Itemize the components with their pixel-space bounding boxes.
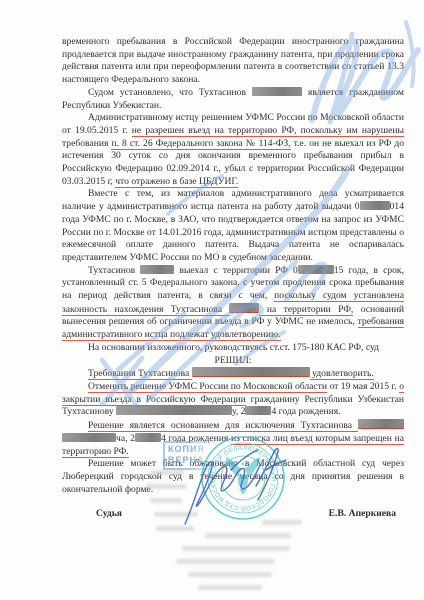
bleed-line (176, 559, 274, 564)
signature-row: Судья Е.В. Аперкиева (62, 508, 404, 521)
red-underlined-text: что отражено в базе ЦБДУИГ. (115, 176, 238, 188)
paragraph-ufms-decision: Административному истцу решением УФМС Ро… (62, 112, 404, 188)
scanned-court-decision-page: временного пребывания в Российской Федер… (0, 0, 424, 600)
bleed-line (188, 572, 272, 577)
text-run: у, 2 (232, 406, 245, 417)
text-run: РЕШИЛ: (215, 355, 252, 366)
text-run: Решение может быть обжаловано в Московск… (62, 458, 404, 494)
text-run: временного пребывания в Российской Федер… (62, 36, 404, 85)
judge-title: Судья (62, 508, 122, 521)
bleed-line (146, 484, 186, 489)
paragraph-cancel: Отменить решение УФМС России по Московск… (62, 381, 404, 419)
red-underlined-text: Отменить решение УФМС России по Московск… (88, 381, 327, 393)
text-run: выехал с территории РФ 0 (174, 265, 298, 276)
text-run: ча, 2 (116, 433, 135, 444)
bleed-line (150, 470, 184, 475)
redaction-box (358, 419, 404, 429)
redaction-box (62, 433, 116, 442)
bleed-line (154, 512, 198, 517)
red-underlined-text: не разрешен въезд на территорию РФ, поск… (132, 125, 404, 137)
redaction-box (229, 303, 259, 313)
paragraph-patent: Вместе с тем, из материалов администрати… (62, 188, 404, 264)
red-underlined-text: на территории РФ, (259, 304, 353, 316)
text-run: от 19 мая 2015 г. (327, 381, 399, 392)
bleed-line (182, 546, 290, 551)
redaction-box (360, 201, 390, 210)
text-run: Судом установлено, что Тухтасинов (88, 87, 252, 98)
text-run: требования (62, 138, 111, 149)
bleed-line (262, 520, 302, 525)
redaction-box (116, 406, 232, 415)
red-underlined-text: Требования Тухтасинова (88, 368, 192, 380)
paragraph-citizenship: Судом установлено, что Тухтасинов являет… (62, 87, 404, 112)
text-run: Вместе с тем, из материалов администрати… (62, 188, 404, 212)
text-run: Тухтасинов (88, 265, 140, 276)
red-underlined-text: Решение является основанием для исключен… (88, 420, 358, 432)
redaction-box (140, 265, 174, 274)
paragraph-exclusion: Решение является основанием для исключен… (62, 419, 404, 458)
redaction-box (192, 367, 310, 377)
bleed-line (198, 585, 262, 590)
red-underlined-text: удовлетворить. (310, 368, 374, 380)
redaction-box (245, 406, 271, 415)
judge-name: Е.В. Аперкиева (329, 508, 404, 521)
paragraph-basis: На основании изложенного, руководствуясь… (62, 342, 404, 355)
copy-stamp-line2: ВЕРНА (168, 455, 220, 466)
redaction-box (252, 87, 302, 96)
bleed-line (150, 498, 182, 503)
redaction-box (135, 433, 161, 442)
redaction-box (298, 265, 334, 274)
copy-true-stamp: КОПИЯ ВЕРНА (163, 441, 222, 470)
paragraph-satisfy: Требования Тухтасинова удовлетворить. (62, 367, 404, 381)
paragraph-departure: Тухтасинов выехал с территории РФ 015 го… (62, 265, 404, 342)
document-body: временного пребывания в Российской Федер… (62, 36, 404, 521)
bleed-line (156, 526, 194, 531)
red-underlined-text: п. 8 ст. 26 Федерального закона № 114-ФЗ… (111, 138, 290, 150)
paragraph-continuation: временного пребывания в Российской Федер… (62, 36, 404, 87)
bleed-line (205, 533, 291, 538)
resolution-heading: РЕШИЛ: (62, 355, 404, 368)
paragraph-appeal: Решение может быть обжаловано в Московск… (62, 458, 404, 496)
copy-stamp-line1: КОПИЯ (168, 444, 220, 455)
text-run: 4 года рождения. (271, 406, 340, 417)
text-run: На основании изложенного, руководствуясь… (88, 342, 379, 353)
